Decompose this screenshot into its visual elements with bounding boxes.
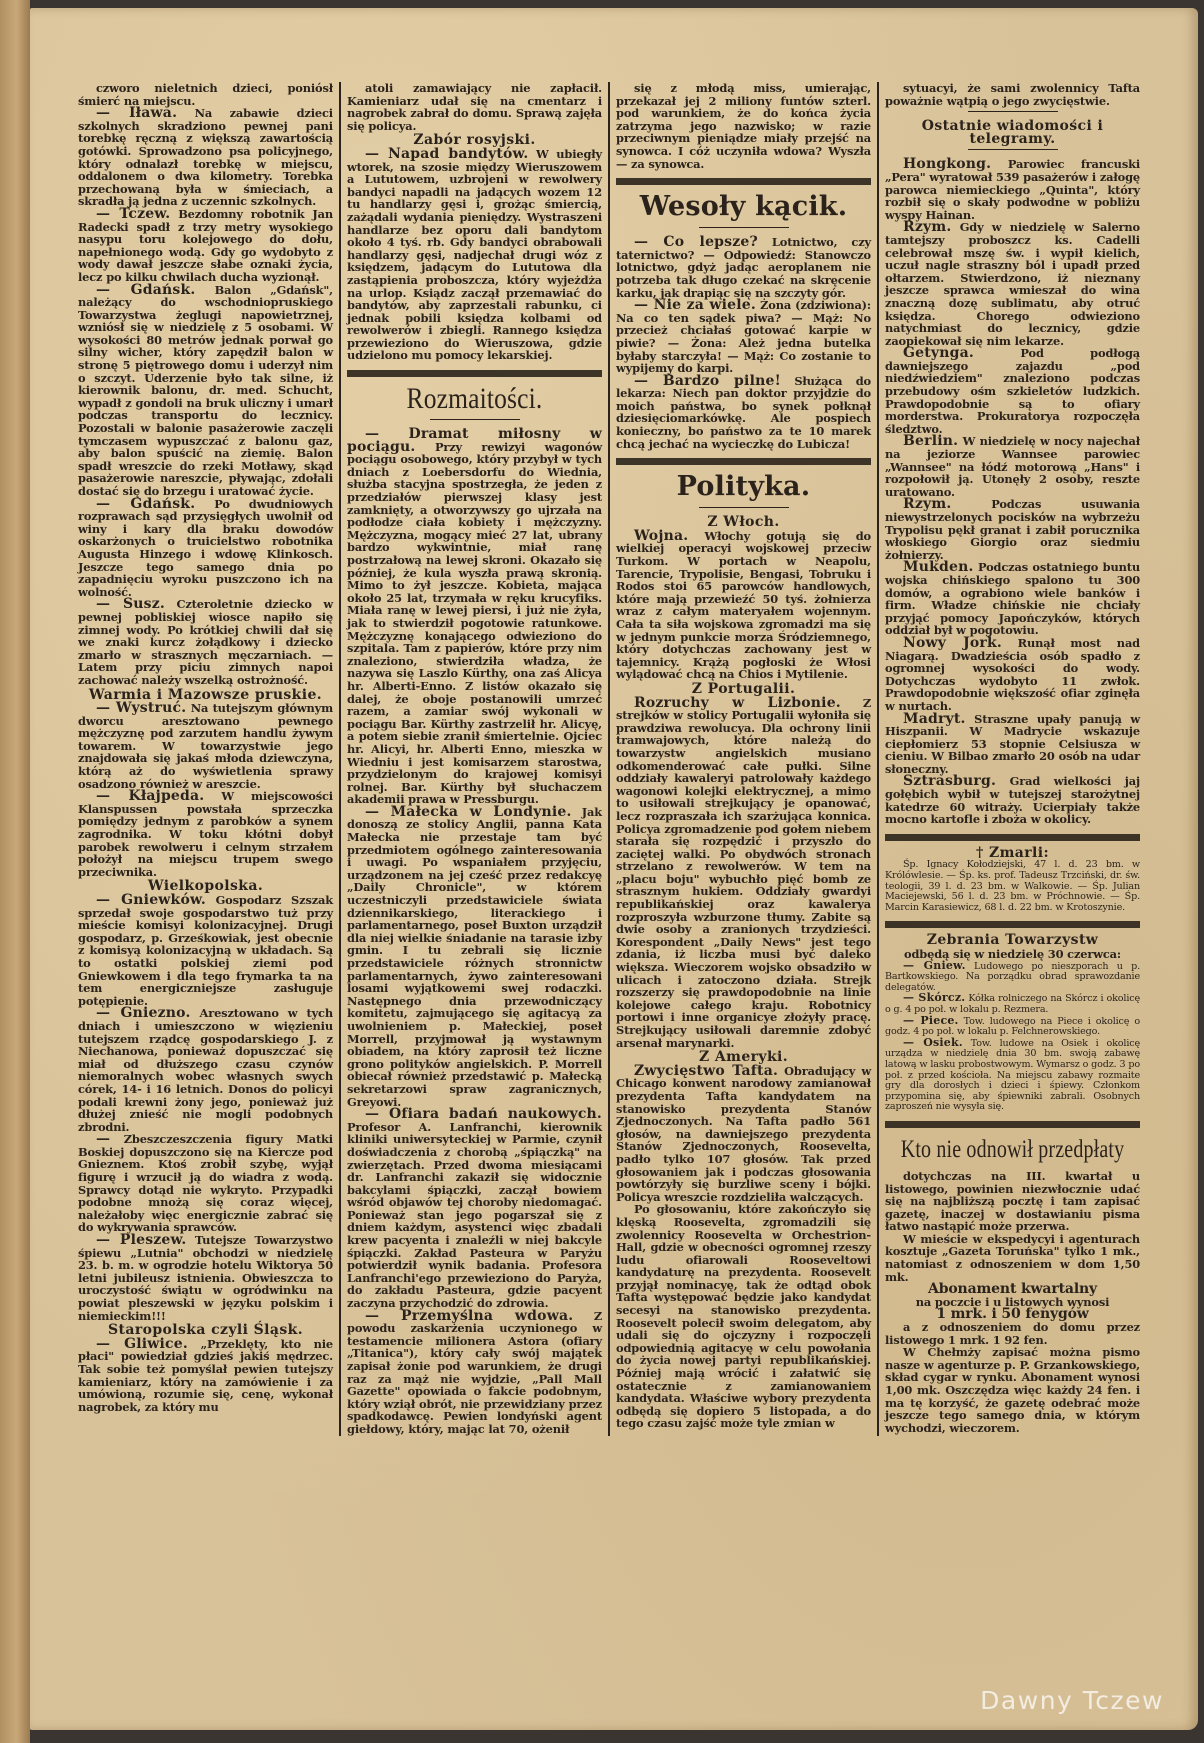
section-divider-bar	[885, 921, 1140, 928]
article-paragraph: Wojna. Włochy gotują się do wielkiej ope…	[616, 530, 871, 681]
article-text: czworo nieletnich dzieci, poniósł śmierć…	[78, 81, 333, 108]
article-paragraph: W mieście w ekspedycyi i agenturach kosz…	[885, 1233, 1140, 1283]
article-text: Po dwudniowych rozprawach sąd przysięgły…	[78, 497, 333, 599]
article-paragraph: Sztrasburg. Grad wielkości jaj gołębich …	[885, 775, 1140, 825]
article-paragraph: W Chełmży zapisać można pismo nasze w ag…	[885, 1346, 1140, 1434]
article-text: Jak donoszą ze stolicy Anglii, panna Kat…	[347, 805, 602, 1109]
article-paragraph: — Ofiara badań naukowych. Profesor A. La…	[347, 1108, 602, 1310]
heading-rule	[430, 419, 520, 420]
article-paragraph: — Przemyślna wdowa. Z powodu zaskarżenia…	[347, 1310, 602, 1436]
source-watermark: Dawny Tczew	[980, 1686, 1164, 1715]
article-paragraph: się z młodą miss, umierając, przekazał j…	[616, 82, 871, 170]
heading-rule	[699, 507, 789, 508]
article-paragraph: sytuacyi, że sami zwolennicy Tafta poważ…	[885, 82, 1140, 107]
article-columns: czworo nieletnich dzieci, poniósł śmierć…	[72, 82, 1150, 1436]
section-divider-bar	[616, 458, 871, 465]
article-paragraph: — Kłajpeda. W miejscowości Klanspussen p…	[78, 790, 333, 878]
heading-rule	[699, 227, 789, 228]
section-divider-bar	[885, 834, 1140, 841]
article-paragraph: czworo nieletnich dzieci, poniósł śmierć…	[78, 82, 333, 107]
newspaper-page: czworo nieletnich dzieci, poniósł śmierć…	[30, 8, 1198, 1730]
article-paragraph: atoli zamawiający nie zapłacił. Kamienia…	[347, 82, 602, 132]
article-paragraph: — Nie za wiele. Żona (zdziwiona): Na co …	[616, 299, 871, 375]
article-paragraph: — Gniewków. Gospodarz Szszak sprzedał sw…	[78, 894, 333, 1007]
article-paragraph: Zwycięstwo Tafta. Obradujący w Chicago k…	[616, 1065, 871, 1204]
article-text: Zbeszczeszczenia figury Matki Boskiej do…	[78, 1132, 333, 1234]
article-paragraph: — Napad bandytów. W ubiegły wtorek, na s…	[347, 148, 602, 362]
article-paragraph: — Skórcz. Kółka rolniczego na Skórcz i o…	[885, 993, 1140, 1015]
article-text: Na tutejszym głównym dworcu aresztowano …	[78, 701, 333, 791]
article-paragraph: Hongkong. Parowiec francuski „Pera" wyra…	[885, 158, 1140, 221]
subsection-heading: Zebrania Towarzystw	[885, 934, 1140, 947]
article-text: sytuacyi, że sami zwolennicy Tafta poważ…	[885, 81, 1140, 108]
section-divider-bar	[347, 370, 602, 377]
article-paragraph: — Piece. Tow. ludowego na Piece i okolic…	[885, 1016, 1140, 1038]
article-lead: — Piece.	[903, 1014, 959, 1027]
article-paragraph: — Gdańsk. Po dwudniowych rozprawach sąd …	[78, 498, 333, 599]
article-paragraph: — Osiek. Tow. ludowe na Osiek i okolicę …	[885, 1038, 1140, 1113]
article-lead: — Skórcz.	[903, 991, 965, 1004]
article-text: Gdy w niedzielę w Salerno tamtejszy prob…	[885, 220, 1140, 347]
article-paragraph: — Gliwice. „Przeklęty, kto nie płaci" po…	[78, 1338, 333, 1414]
article-paragraph: — Małecka w Londynie. Jak donoszą ze sto…	[347, 806, 602, 1108]
article-paragraph: — Susz. Czteroletnie dziecko w pewnej po…	[78, 598, 333, 686]
article-paragraph: Śp. Ignacy Kołodziejski, 47 l. d. 23 bm.…	[885, 860, 1140, 913]
article-paragraph: a z odnoszeniem do domu przez listowego …	[885, 1321, 1140, 1346]
heading-rule	[968, 111, 1058, 112]
article-text: Włochy gotują się do wielkiej operacyi w…	[616, 529, 871, 682]
article-text: Po głosowaniu, które zakończyło się klęs…	[616, 1202, 871, 1430]
section-title: Rozmaitości.	[366, 383, 583, 415]
article-paragraph: — Iława. Na zabawie dzieci szkolnych skr…	[78, 107, 333, 208]
column-2: atoli zamawiający nie zapłacił. Kamienia…	[339, 82, 608, 1436]
article-paragraph: — Dramat miłosny w pociągu. Przy rewizyi…	[347, 428, 602, 806]
article-text: Z powodu zaskarżenia uczynionego w testa…	[347, 1309, 602, 1436]
article-text: W Chełmży zapisać można pismo nasze w ag…	[885, 1345, 1140, 1435]
section-title: Polityka.	[616, 471, 871, 503]
subsection-heading: † Zmarli:	[885, 847, 1140, 860]
adjacent-page-edge	[0, 0, 30, 1743]
article-text: się z młodą miss, umierając, przekazał j…	[616, 81, 871, 171]
article-paragraph: Nowy Jork. Runął most nad Niagarą. Dwadz…	[885, 637, 1140, 713]
article-text: Na zabawie dzieci szkolnych skradziono p…	[78, 106, 333, 208]
article-paragraph: — Wystruć. Na tutejszym głównym dworcu a…	[78, 702, 333, 790]
article-paragraph: Rzym. Gdy w niedzielę w Salerno tamtejsz…	[885, 221, 1140, 347]
article-text: dotychczas na III. kwartał u listowego, …	[885, 1169, 1140, 1233]
column-4: sytuacyi, że sami zwolennicy Tafta poważ…	[877, 82, 1146, 1436]
centered-line: Abonament kwartalny	[885, 1283, 1140, 1296]
article-text: W mieście w ekspedycyi i agenturach kosz…	[885, 1232, 1140, 1284]
subsection-heading: Ostatnie wiadomości i telegramy.	[885, 120, 1140, 145]
article-text: Tow. ludowe na Osiek i okolicę urządza w…	[885, 1038, 1140, 1113]
article-text: a z odnoszeniem do domu przez listowego …	[885, 1320, 1140, 1347]
section-divider-bar	[885, 1121, 1140, 1128]
section-divider-bar	[616, 178, 871, 185]
article-text: atoli zamawiający nie zapłacił. Kamienia…	[347, 81, 602, 133]
article-paragraph: Po głosowaniu, które zakończyło się klęs…	[616, 1203, 871, 1430]
article-text: Gospodarz Szszak sprzedał swoje gospodar…	[78, 893, 333, 1008]
article-paragraph: — Gniew. Ludowego po nieszporach u p. Ba…	[885, 961, 1140, 994]
column-3: się z młodą miss, umierając, przekazał j…	[608, 82, 877, 1436]
article-text: Śp. Ignacy Kołodziejski, 47 l. d. 23 bm.…	[885, 859, 1140, 912]
article-text: W miejscowości Klanspussen powstała sprz…	[78, 789, 333, 879]
article-text: Czteroletnie dziecko w pewnej pobliskiej…	[78, 597, 333, 687]
article-text: Przy rewizyi wagonów pociągu osobowego, …	[347, 440, 602, 807]
article-lead: — Osiek.	[903, 1036, 963, 1049]
article-paragraph: Rozruchy w Lizbonie. Z strejków w stolic…	[616, 697, 871, 1050]
article-lead: — Gniew.	[903, 959, 966, 972]
article-paragraph: — Bardzo pilne! Służąca do lekarza: Niec…	[616, 375, 871, 451]
article-paragraph: Rzym. Podczas usuwania niewystrzelonych …	[885, 498, 1140, 561]
article-paragraph: — Pleszew. Tutejsze Towarzystwo śpiewu „…	[78, 1234, 333, 1322]
article-text: Profesor A. Lanfranchi, kierownik klinik…	[347, 1120, 602, 1310]
article-paragraph: Berlin. W niedzielę w nocy najechał na j…	[885, 435, 1140, 498]
article-paragraph: — Tczew. Bezdomny robotnik Jan Radecki s…	[78, 208, 333, 284]
article-text: W ubiegły wtorek, na szosie między Wieru…	[347, 147, 602, 363]
article-text: Balon „Gdańsk", należący do wschodniopru…	[78, 283, 333, 499]
article-paragraph: dotychczas na III. kwartał u listowego, …	[885, 1170, 1140, 1233]
article-paragraph: — Co lepsze? Lotnictwo, czy taternictwo?…	[616, 236, 871, 299]
heading-rule	[968, 149, 1058, 150]
article-text: Obradujący w Chicago konwent narodowy za…	[616, 1064, 871, 1204]
article-paragraph: Mukden. Podczas ostatniego buntu wojska …	[885, 561, 1140, 637]
section-title: Wesoły kącik.	[616, 191, 871, 223]
column-1: czworo nieletnich dzieci, poniósł śmierć…	[72, 82, 339, 1436]
article-paragraph: — Zbeszczeszczenia figury Matki Boskiej …	[78, 1133, 333, 1234]
article-paragraph: — Gniezno. Aresztowano w tych dniach i u…	[78, 1007, 333, 1133]
article-text: Tutejsze Towarzystwo śpiewu „Lutnia" obc…	[78, 1233, 333, 1323]
article-text: Pod podłogą dawniejszego zajazdu „pod ni…	[885, 346, 1140, 436]
article-paragraph: — Gdańsk. Balon „Gdańsk", należący do ws…	[78, 284, 333, 498]
article-paragraph: Madryt. Straszne upały panują w Hiszpani…	[885, 713, 1140, 776]
article-text: Z strejków w stolicy Portugalii wyłoniła…	[616, 696, 871, 1050]
article-text: Aresztowano w tych dniach i umieszczono …	[78, 1006, 333, 1133]
article-paragraph: Getynga. Pod podłogą dawniejszego zajazd…	[885, 347, 1140, 435]
section-title: Kto nie odnowił przedpłaty	[895, 1134, 1131, 1166]
